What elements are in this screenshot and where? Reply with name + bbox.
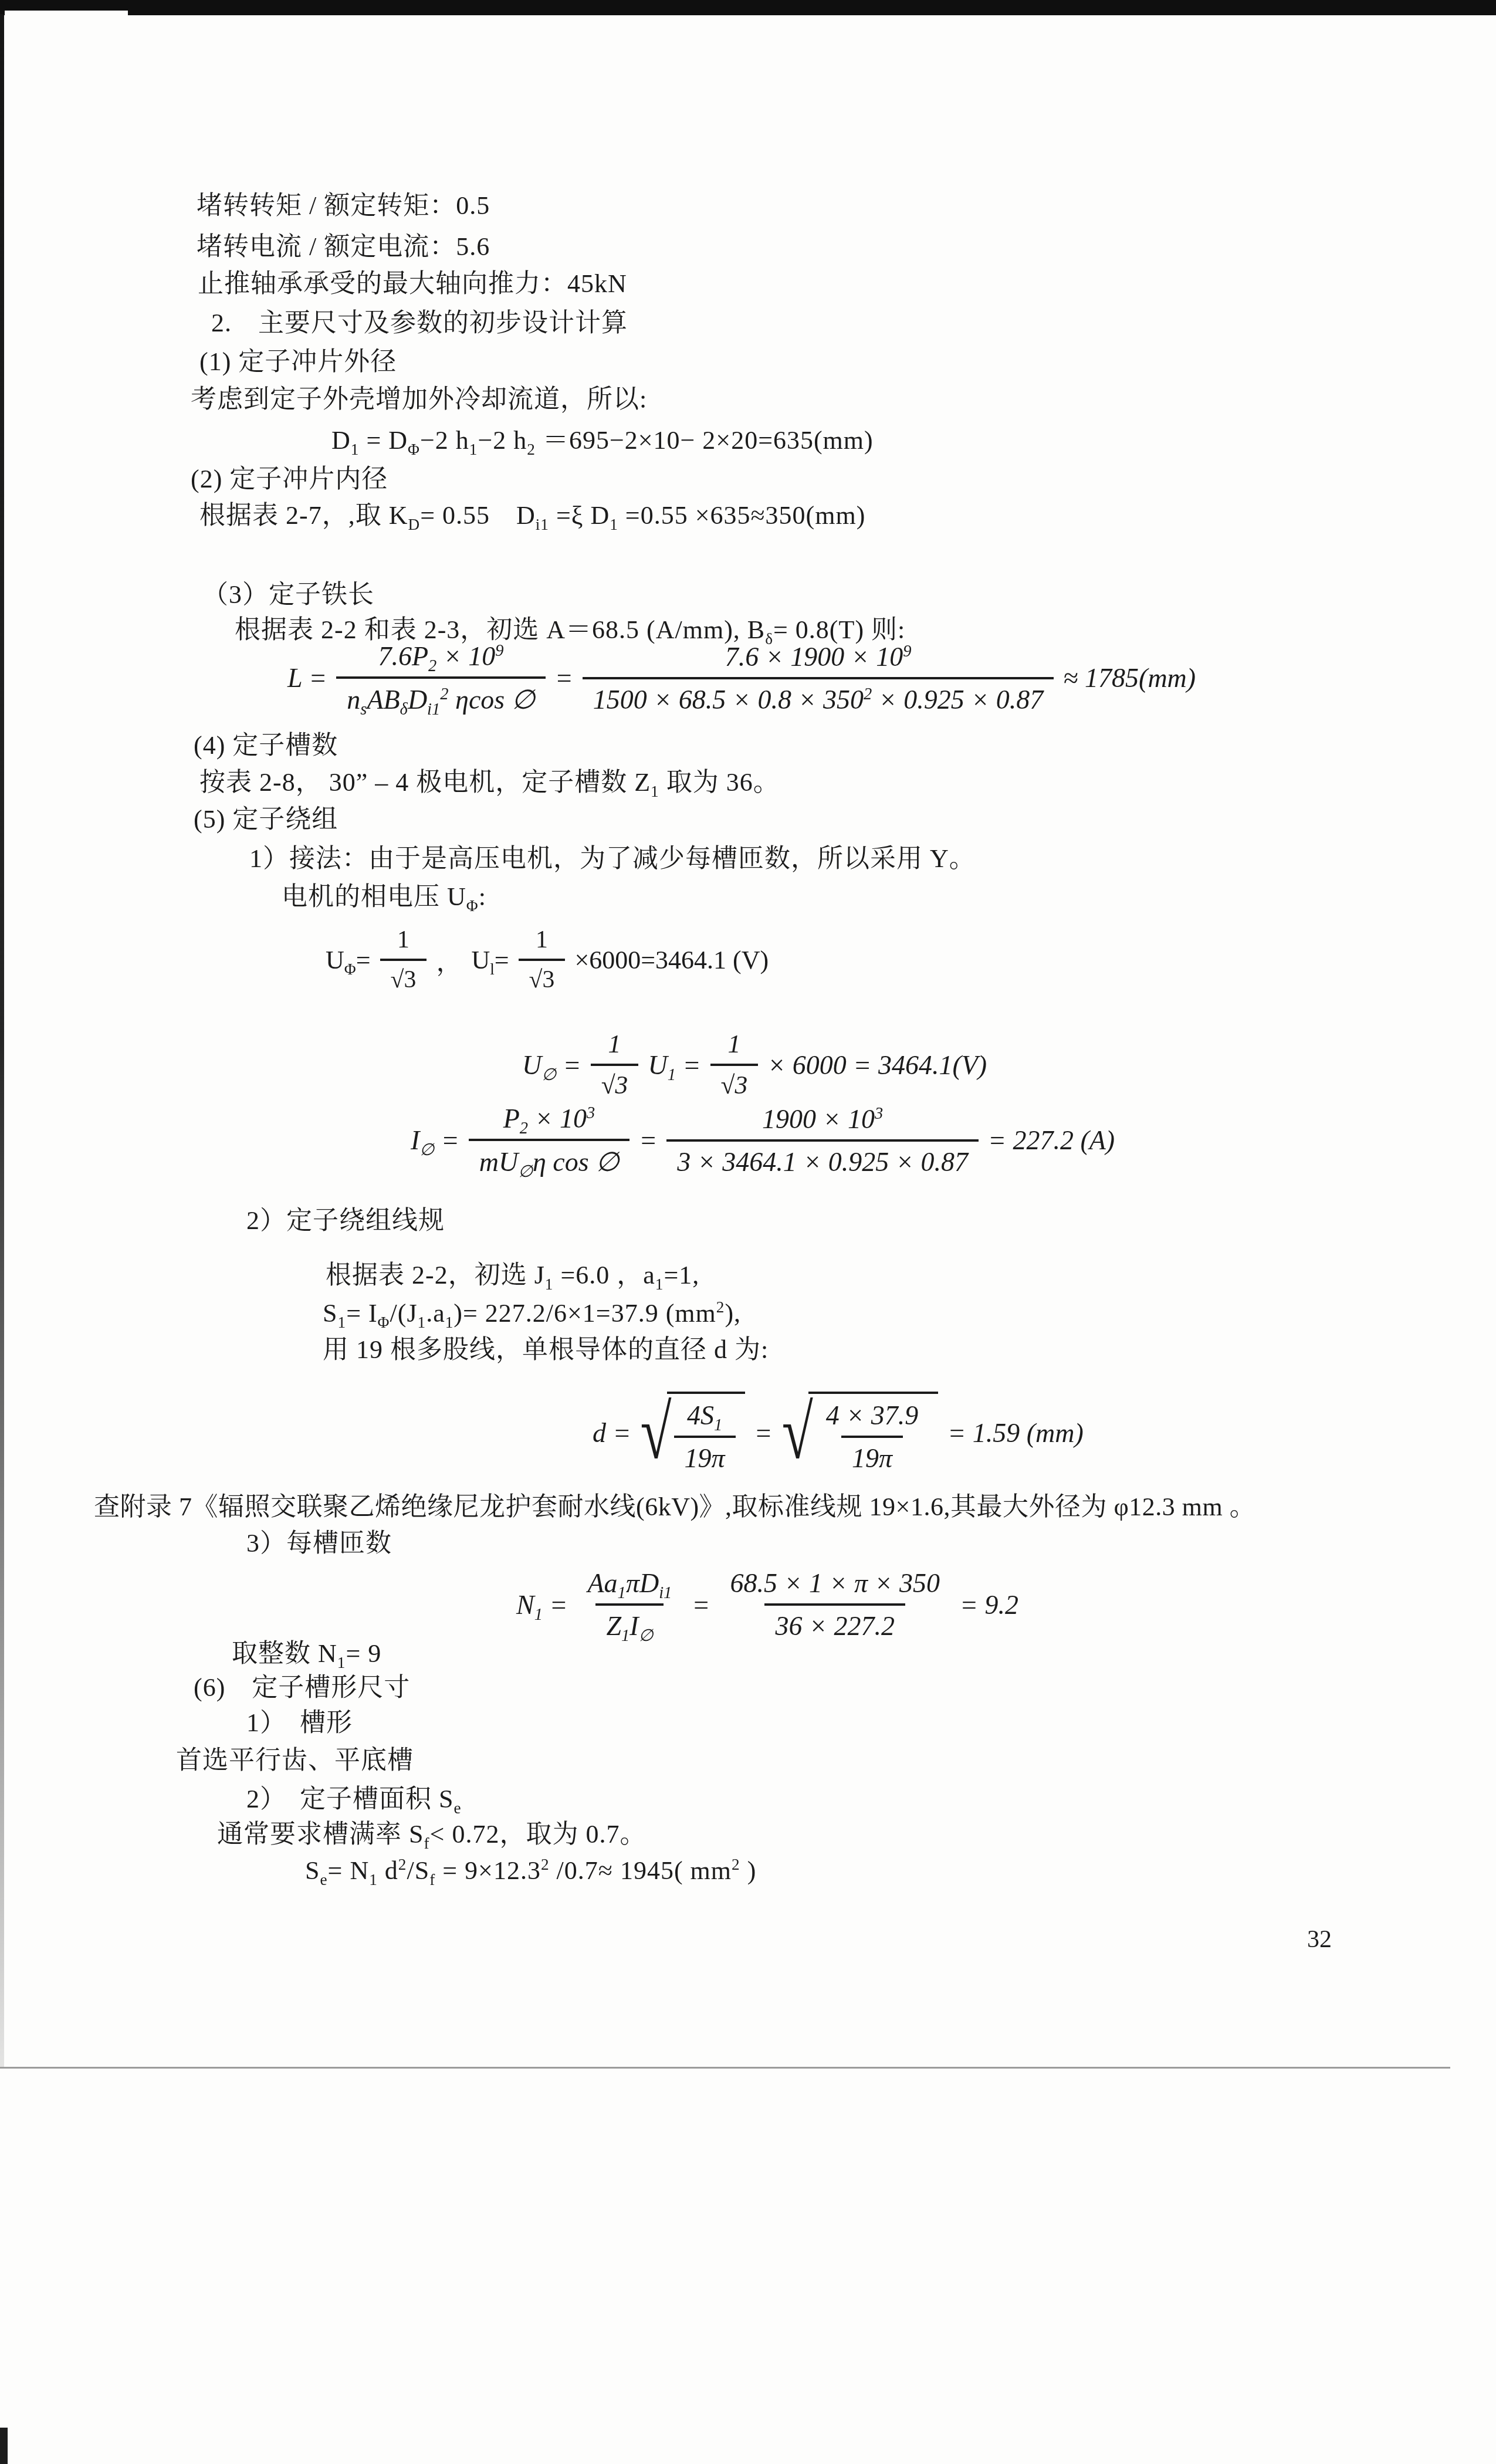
comma-separator: ，: [436, 941, 462, 979]
formula-result: × 6000 = 3464.1(V): [767, 1050, 987, 1081]
fraction: 4 × 37.9 19π: [815, 1400, 929, 1474]
fraction-numerator: 1: [717, 1030, 751, 1064]
fraction-denominator: √3: [591, 1064, 639, 1100]
heading-stator-punching-id: (2) 定子冲片内径: [191, 462, 388, 496]
square-root: √ 4S1 19π: [641, 1392, 745, 1474]
fraction-numerator: 4 × 37.9: [815, 1400, 929, 1436]
formula-phase-voltage-inline: UΦ= 1 √3 ， Ul= 1 √3 ×6000=3464.1 (V): [326, 926, 769, 994]
fraction-numerator: 4S1: [676, 1400, 733, 1436]
heading-stator-winding: (5) 定子绕组: [194, 803, 338, 836]
heading-turns-per-slot: 3）每槽匝数: [246, 1527, 392, 1560]
fraction: 4S1 19π: [674, 1400, 736, 1474]
fraction-denominator: mU∅η cos ∅: [469, 1139, 630, 1177]
fraction: 7.6 × 1900 × 109 1500 × 68.5 × 0.8 × 350…: [583, 641, 1054, 715]
scanned-page: 堵转转矩 / 额定转矩：0.5 堵转电流 / 额定电流：5.6 止推轴承承受的最…: [0, 0, 1496, 2464]
formula-lhs: L =: [287, 662, 327, 693]
formula-result: ≈ 1785(mm): [1063, 662, 1196, 693]
scan-edge-notch: [5, 11, 128, 34]
fraction-denominator: 3 × 3464.1 × 0.925 × 0.87: [666, 1139, 979, 1177]
fraction-denominator: 36 × 227.2: [764, 1603, 905, 1641]
heading-stator-core-length: （3）定子铁长: [202, 578, 374, 611]
fraction: P2 × 103 mU∅η cos ∅: [469, 1103, 630, 1177]
fraction-denominator: 1500 × 68.5 × 0.8 × 3502 × 0.925 × 0.87: [583, 677, 1054, 715]
fraction-denominator: √3: [519, 959, 566, 994]
heading-stator-punching-od: (1) 定子冲片外径: [199, 345, 397, 378]
fraction-denominator: Z1I∅: [595, 1603, 664, 1641]
fraction: 1900 × 103 3 × 3464.1 × 0.925 × 0.87: [666, 1104, 979, 1177]
equals-sign: =: [754, 1417, 773, 1448]
radical-sign: √: [782, 1395, 813, 1471]
line-phase-voltage-intro: 电机的相电压 UΦ:: [282, 880, 486, 913]
line-kd-di1: 根据表 2-7，,取 KD= 0.55 Di1 =ξ D1 =0.55 ×635…: [199, 499, 865, 532]
line-stall-current-ratio: 堵转电流 / 额定电流：5.6: [197, 230, 490, 263]
formula-lhs: UΦ=: [326, 945, 371, 975]
scan-edge-left: [0, 14, 4, 2067]
line-j1-a1: 根据表 2-2，初选 J1 =6.0 ，a1=1,: [326, 1258, 699, 1292]
fraction-denominator: √3: [380, 959, 427, 994]
fraction-numerator: P2 × 103: [493, 1103, 606, 1139]
fraction-numerator: 1: [387, 926, 420, 959]
formula-core-length: L = 7.6P2 × 109 nsABδDi12 ηcos ∅ = 7.6 ×…: [287, 641, 1196, 715]
equals-sign: =: [639, 1125, 657, 1156]
fraction: 68.5 × 1 × π × 350 36 × 227.2: [719, 1568, 950, 1641]
formula-lhs: N1 =: [516, 1589, 568, 1620]
heading-slot-shape: 1） 槽形: [246, 1706, 353, 1739]
formula-result: ×6000=3464.1 (V): [574, 945, 769, 975]
formula-turns-per-slot: N1 = Aa1πDi1 Z1I∅ = 68.5 × 1 × π × 350 3…: [516, 1568, 1018, 1641]
formula-phase-current: I∅ = P2 × 103 mU∅η cos ∅ = 1900 × 103 3 …: [411, 1103, 1115, 1177]
fraction-numerator: 68.5 × 1 × π × 350: [719, 1568, 950, 1603]
equals-sign: =: [692, 1589, 710, 1620]
fraction: 1 √3: [519, 926, 566, 994]
line-connection-method: 1）接法：由于是高压电机，为了减少每槽匝数，所以采用 Y。: [249, 842, 976, 875]
fraction-denominator: 19π: [841, 1436, 903, 1474]
equals-sign: =: [555, 662, 573, 693]
formula-stator-od-inline: D1 = DΦ−2 h1−2 h2 ＝695−2×10− 2×20=635(mm…: [331, 424, 874, 457]
fraction-numerator: 7.6P2 × 109: [367, 641, 514, 676]
fraction-numerator: 1: [598, 1030, 632, 1064]
formula-lhs: U∅ =: [522, 1050, 581, 1081]
heading-main-design-calc: 2. 主要尺寸及参数的初步设计计算: [211, 306, 628, 340]
line-appendix7-wire: 查附录 7《辐照交联聚乙烯绝缘尼龙护套耐水线(6kV)》,取标准线规 19×1.…: [94, 1490, 1255, 1524]
formula-phase-voltage: U∅ = 1 √3 U1 = 1 √3 × 6000 = 3464.1(V): [522, 1030, 987, 1100]
scan-artifact: [0, 2428, 8, 2464]
square-root: √ 4 × 37.9 19π: [782, 1392, 939, 1474]
formula-result: = 1.59 (mm): [947, 1417, 1084, 1448]
line-cooling-duct: 考虑到定子外壳增加外冷却流道，所以:: [191, 383, 647, 416]
line-slot-number: 按表 2-8， 30” – 4 极电机，定子槽数 Z1 取为 36。: [199, 766, 780, 799]
scan-edge-top: [0, 0, 1496, 15]
line-slot-shape-choice: 首选平行齿、平底槽: [176, 1744, 414, 1777]
heading-slot-dimensions: (6) 定子槽形尺寸: [194, 1671, 410, 1704]
fraction-numerator: 1: [525, 926, 559, 959]
formula-result: = 227.2 (A): [988, 1125, 1115, 1156]
fraction-numerator: Aa1πDi1: [577, 1568, 683, 1603]
formula-wire-diameter: d = √ 4S1 19π = √ 4 × 37.9 19π = 1.59 (m…: [593, 1392, 1084, 1474]
formula-result: = 9.2: [960, 1589, 1018, 1620]
fraction: Aa1πDi1 Z1I∅: [577, 1568, 683, 1641]
fraction-denominator: √3: [710, 1064, 759, 1100]
formula-slot-area-inline: Se= N1 d2/Sf = 9×12.32 /0.7≈ 1945( mm2 ): [305, 1854, 756, 1887]
line-n1-integer: 取整数 N1= 9: [232, 1637, 381, 1670]
formula-mid: U1 =: [648, 1050, 700, 1081]
formula-lhs: I∅ =: [411, 1125, 459, 1156]
heading-stator-slot-number: (4) 定子槽数: [194, 729, 338, 762]
fraction: 7.6P2 × 109 nsABδDi12 ηcos ∅: [336, 641, 545, 715]
line-s1-calc: S1= IΦ/(J1.a1)= 227.2/6×1=37.9 (mm2),: [323, 1297, 741, 1330]
fraction-numerator: 1900 × 103: [752, 1104, 893, 1139]
line-stall-torque-ratio: 堵转转矩 / 额定转矩：0.5: [197, 189, 490, 222]
fraction: 1 √3: [710, 1030, 759, 1100]
fraction-denominator: nsABδDi12 ηcos ∅: [336, 676, 545, 715]
page-bottom-edge: [0, 2067, 1450, 2069]
heading-slot-area: 2） 定子槽面积 Se: [246, 1782, 462, 1816]
fraction: 1 √3: [380, 926, 427, 994]
heading-winding-wire-gauge: 2）定子绕组线规: [246, 1204, 445, 1237]
radical-sign: √: [641, 1395, 672, 1471]
fraction-numerator: 7.6 × 1900 × 109: [715, 641, 922, 677]
fraction-denominator: 19π: [674, 1436, 736, 1474]
page-number: 32: [1307, 1925, 1332, 1954]
fraction: 1 √3: [591, 1030, 639, 1100]
line-thrust-bearing: 止推轴承承受的最大轴向推力：45kN: [198, 267, 627, 300]
formula-mid: Ul=: [471, 945, 509, 975]
line-strands: 用 19 根多股线，单根导体的直径 d 为:: [323, 1333, 769, 1366]
formula-lhs: d =: [593, 1417, 631, 1448]
line-slot-fill: 通常要求槽满率 Sf< 0.72，取为 0.7。: [217, 1817, 646, 1851]
